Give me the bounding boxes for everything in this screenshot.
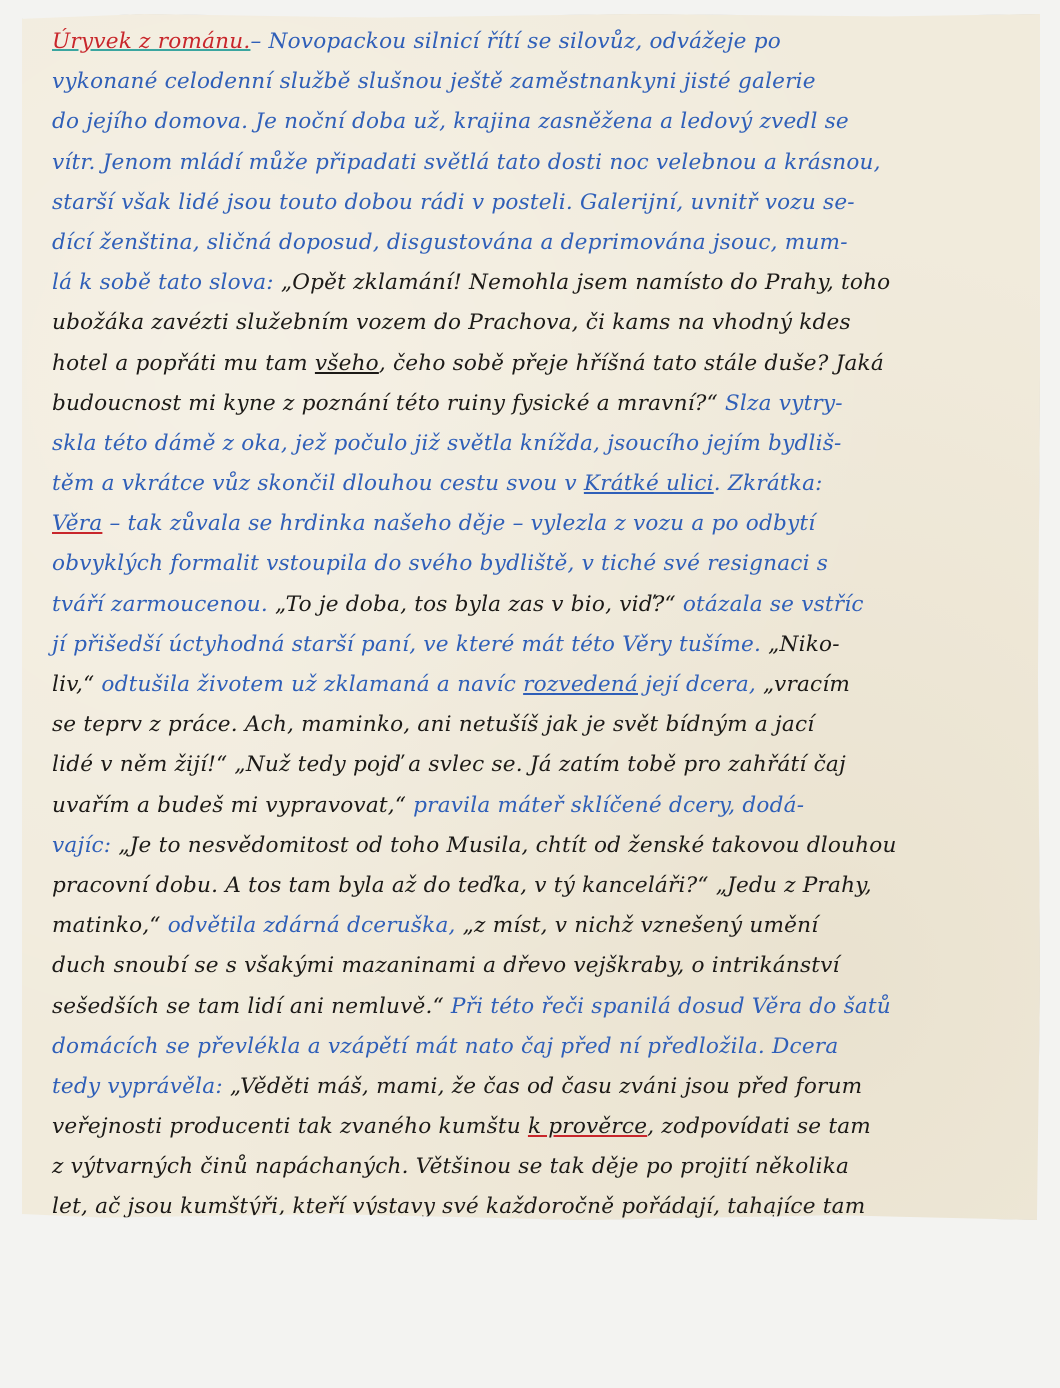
text-segment: hotel a popřáti mu tam [52, 351, 315, 376]
text-segment: , čeho sobě přeje hříšná tato stále duše… [379, 351, 884, 376]
text-segment: pracovní dobu. A tos tam byla až do teďk… [52, 873, 872, 898]
text-segment: lidé v něm žijí!“ „Nuž tedy pojď a svlec… [52, 752, 846, 777]
text-segment: pravila máteř sklíčené dcery, dodá- [413, 793, 804, 818]
manuscript-line: domácích se převlékla a vzápětí mát nato… [52, 1027, 1027, 1067]
text-segment: – tak zůvala se hrdinka našeho děje – vy… [102, 511, 815, 536]
text-segment: lá k sobě tato slova: [52, 270, 281, 295]
text-segment: . Zkrátka: [714, 471, 823, 496]
manuscript-line: vajíc: „Je to nesvědomitost od toho Musi… [52, 826, 1027, 866]
text-segment: sešedších se tam lidí ani nemluvě.“ [52, 994, 451, 1019]
manuscript-line: z výtvarných činů napáchaných. Většinou … [52, 1147, 1027, 1187]
text-segment: těm a vkrátce vůz skončil dlouhou cestu … [52, 471, 584, 496]
manuscript-line: skla této dámě z oka, jež počulo již svě… [52, 424, 1027, 464]
text-segment: její dcera, [638, 672, 763, 697]
text-segment: z výtvarných činů napáchaných. Většinou … [52, 1154, 849, 1179]
text-segment: budoucnost mi kyne z poznání této ruiny … [52, 391, 725, 416]
text-segment: veřejnosti producenti tak zvaného kumštu [52, 1114, 528, 1139]
underlined-phrase: všeho [315, 351, 379, 376]
text-segment: „Opět zklamání! Nemohla jsem namísto do … [281, 270, 891, 295]
manuscript-page: Úryvek z románu.– Novopackou silnicí řít… [22, 14, 1040, 1220]
manuscript-line: dící ženština, sličná doposud, disgustov… [52, 223, 1027, 263]
text-segment: – Novopackou silnicí řítí se silovůz, od… [250, 29, 781, 54]
text-segment: otázala se vstříc [683, 592, 864, 617]
text-segment: let, ač jsou kumštýři, kteří výstavy své… [52, 1194, 865, 1219]
manuscript-line: tedy vyprávěla: „Věděti máš, mami, že ča… [52, 1067, 1027, 1107]
underlined-phrase: rozvedená [523, 672, 638, 697]
underlined-phrase: k prověrce [528, 1114, 647, 1139]
manuscript-line: vítr. Jenom mládí může připadati světlá … [52, 143, 1027, 183]
text-segment: „Je to nesvědomitost od toho Musila, cht… [118, 833, 896, 858]
handwritten-text-block: Úryvek z románu.– Novopackou silnicí řít… [52, 22, 1027, 1254]
manuscript-line: lá k sobě tato slova: „Opět zklamání! Ne… [52, 263, 1027, 303]
manuscript-line: vykonané celodenní službě slušnou ještě … [52, 62, 1027, 102]
document-title: Úryvek z románu. [52, 29, 250, 54]
manuscript-line: Věra – tak zůvala se hrdinka našeho děje… [52, 504, 1027, 544]
text-segment: dící ženština, sličná doposud, disgustov… [52, 230, 848, 255]
manuscript-line: ubožáka zavézti služebním vozem do Prach… [52, 303, 1027, 343]
text-segment: ubožáka zavézti služebním vozem do Prach… [52, 310, 851, 335]
text-segment: matinko,“ [52, 913, 168, 938]
text-segment: své werky jako ševci boty na jarmark. Nu… [52, 1235, 822, 1254]
text-segment: domácích se převlékla a vzápětí mát nato… [52, 1034, 838, 1059]
manuscript-line: obvyklých formalit vstoupila do svého by… [52, 544, 1027, 584]
text-segment: uvařím a budeš mi vypravovat,“ [52, 793, 413, 818]
text-segment: liv,“ [52, 672, 101, 697]
manuscript-line: lidé v něm žijí!“ „Nuž tedy pojď a svlec… [52, 745, 1027, 785]
manuscript-line: veřejnosti producenti tak zvaného kumštu… [52, 1107, 1027, 1147]
manuscript-line: matinko,“ odvětila zdárná dceruška, „z m… [52, 906, 1027, 946]
underlined-phrase: Krátké ulici [584, 471, 714, 496]
text-segment: „z míst, v nichž vznešený umění [463, 913, 819, 938]
text-segment: odvětila zdárná dceruška, [168, 913, 463, 938]
manuscript-line: pracovní dobu. A tos tam byla až do teďk… [52, 866, 1027, 906]
manuscript-line: starší však lidé jsou touto dobou rádi v… [52, 183, 1027, 223]
manuscript-line: hotel a popřáti mu tam všeho, čeho sobě … [52, 344, 1027, 384]
text-segment: tedy vyprávěla: [52, 1074, 230, 1099]
text-segment: „Niko- [768, 632, 840, 657]
text-segment: , zodpovídati se tam [647, 1114, 871, 1139]
text-segment: Slza vytry- [725, 391, 843, 416]
manuscript-line: budoucnost mi kyne z poznání této ruiny … [52, 384, 1027, 424]
text-segment: jí přišedší úctyhodná starší paní, ve kt… [52, 632, 768, 657]
manuscript-line: do jejího domova. Je noční doba už, kraj… [52, 102, 1027, 142]
text-segment: vajíc: [52, 833, 118, 858]
text-segment: tváří zarmoucenou. [52, 592, 275, 617]
text-segment: duch snoubí se s všakými mazaninami a dř… [52, 953, 840, 978]
text-segment: „Věděti máš, mami, že čas od času zváni … [230, 1074, 863, 1099]
text-segment: do jejího domova. Je noční doba už, kraj… [52, 109, 849, 134]
manuscript-line: se teprv z práce. Ach, maminko, ani netu… [52, 705, 1027, 745]
text-segment: vykonané celodenní službě slušnou ještě … [52, 69, 816, 94]
manuscript-line: liv,“ odtušila životem už zklamaná a nav… [52, 665, 1027, 705]
manuscript-line: jí přišedší úctyhodná starší paní, ve kt… [52, 625, 1027, 665]
text-segment: obvyklých formalit vstoupila do svého by… [52, 551, 828, 576]
manuscript-line: tváří zarmoucenou. „To je doba, tos byla… [52, 585, 1027, 625]
text-segment: Při této řeči spanilá dosud Věra do šatů [451, 994, 891, 1019]
text-segment: skla této dámě z oka, jež počulo již svě… [52, 431, 842, 456]
manuscript-line: své werky jako ševci boty na jarmark. Nu… [52, 1228, 1027, 1254]
text-segment: se teprv z práce. Ach, maminko, ani netu… [52, 712, 814, 737]
text-segment: vítr. Jenom mládí může připadati světlá … [52, 150, 881, 175]
manuscript-line: uvařím a budeš mi vypravovat,“ pravila m… [52, 786, 1027, 826]
manuscript-line: těm a vkrátce vůz skončil dlouhou cestu … [52, 464, 1027, 504]
text-segment: starší však lidé jsou touto dobou rádi v… [52, 190, 855, 215]
manuscript-line: duch snoubí se s všakými mazaninami a dř… [52, 946, 1027, 986]
text-segment: „vracím [763, 672, 850, 697]
manuscript-line: let, ač jsou kumštýři, kteří výstavy své… [52, 1187, 1027, 1227]
title-line: Úryvek z románu.– Novopackou silnicí řít… [52, 22, 1027, 62]
text-segment: odtušila životem už zklamaná a navíc [101, 672, 523, 697]
underlined-phrase: Věra [52, 511, 102, 536]
manuscript-line: sešedších se tam lidí ani nemluvě.“ Při … [52, 987, 1027, 1027]
text-segment: „To je doba, tos byla zas v bio, viď?“ [275, 592, 683, 617]
